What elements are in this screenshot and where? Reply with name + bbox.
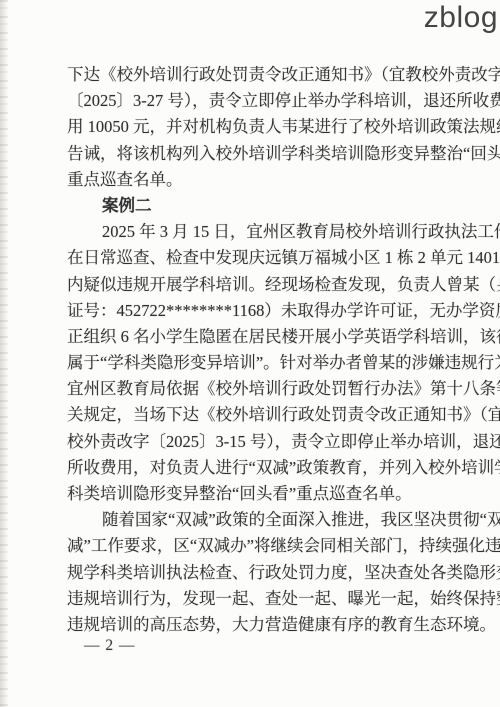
text-line: 减”工作要求，区“双减办”将继续会同相关部门，持续强化违	[67, 533, 450, 559]
text-line: 〔2025〕3-27 号），责令立即停止举办学科培训，退还所收费	[67, 88, 450, 114]
text-line: 科类培训隐形变异整治“回头看”重点巡查名单。	[67, 481, 450, 507]
text-line: 在日常巡查、检查中发现庆远镇万福城小区 1 栋 2 单元 1401 房	[67, 245, 450, 271]
text-line: 下达《校外培训行政处罚责令改正通知书》（宜教校外责改字	[67, 62, 450, 88]
page-number: — 2 —	[84, 637, 136, 655]
text-line: 2025 年 3 月 15 日，宜州区教育局校外培训行政执法工作组	[67, 219, 450, 245]
watermark: zblog	[424, 0, 498, 36]
document-body: 下达《校外培训行政处罚责令改正通知书》（宜教校外责改字 〔2025〕3-27 号…	[67, 62, 450, 638]
text-line: 违规培训的高压态势，大力营造健康有序的教育生态环境。	[67, 612, 450, 638]
text-line: 正组织 6 名小学生隐匿在居民楼开展小学英语学科培训，该行为	[67, 324, 450, 350]
text-line: 告诫，将该机构列入校外培训学科类培训隐形变异整治“回头看”	[67, 141, 450, 167]
text-line: 所收费用，对负责人进行“双减”政策教育，并列入校外培训学	[67, 455, 450, 481]
text-line: 校外责改字〔2025〕3-15 号），责令立即停止举办培训，退还	[67, 429, 450, 455]
text-line: 违规培训行为，发现一起、查处一起、曝光一起，始终保持整治	[67, 586, 450, 612]
text-line: 随着国家“双减”政策的全面深入推进，我区坚决贯彻“双	[67, 507, 450, 533]
scan-edge-artifact	[0, 0, 8, 707]
text-line: 规学科类培训执法检查、行政处罚力度，坚决查处各类隐形变异	[67, 560, 450, 586]
text-line: 用 10050 元，并对机构负责人韦某进行了校外培训政策法规约谈	[67, 114, 450, 140]
text-line: 关规定，当场下达《校外培训行政处罚责令改正通知书》（宜教	[67, 402, 450, 428]
text-line: 宜州区教育局依据《校外培训行政处罚暂行办法》第十八条等相	[67, 376, 450, 402]
text-line: 属于“学科类隐形变异培训”。针对举办者曾某的涉嫌违规行为，	[67, 350, 450, 376]
text-line: 内疑似违规开展学科培训。经现场检查发现，负责人曾某（身份	[67, 272, 450, 298]
text-line: 证号：452722********1168）未取得办学许可证，无办学资质，	[67, 298, 450, 324]
scanned-page: zblog 下达《校外培训行政处罚责令改正通知书》（宜教校外责改字 〔2025〕…	[0, 0, 500, 707]
text-line: 重点巡查名单。	[67, 167, 450, 193]
case-heading: 案例二	[67, 193, 450, 219]
